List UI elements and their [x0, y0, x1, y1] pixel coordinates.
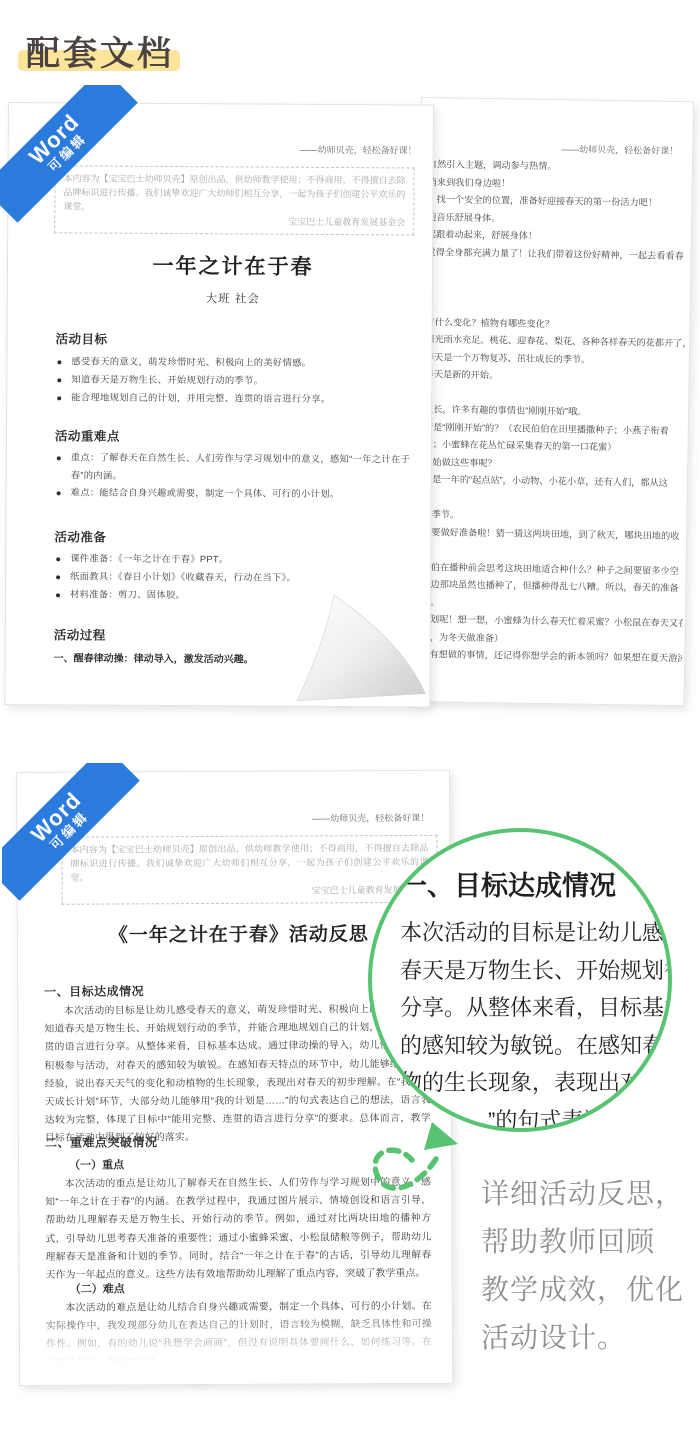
bullet-item: 课件准备：《一年之计在于春》PPT。	[54, 550, 410, 570]
bullet-text: 材料准备：剪刀、固体胶。	[70, 586, 185, 604]
page-title-text: 配套文档	[26, 26, 174, 75]
magnified-text-line: 春天是万物生长、开始规划行动的季	[400, 952, 672, 990]
bullet-dot	[56, 575, 60, 579]
doc1-page2-lines: 自然引入主题，调动参与热情。悄来到我们身边啦！，找一个安全的位置，准备好迎接春天…	[420, 156, 690, 668]
page-curl	[293, 589, 434, 707]
caption-line: 详细活动反思，	[481, 1170, 684, 1218]
copyright-disclaimer: 本内容为【宝宝巴士幼师贝壳】原创出品，供幼师教学使用；不得商用，不得擅自去除品牌…	[54, 165, 414, 235]
doc-text-line: 也有想做的事情，还记得你想学会的新本领吗？如果想在夏天游泳游得更好，	[420, 646, 682, 668]
doc1-title: 一年之计在于春	[48, 249, 418, 281]
bullet-dot	[56, 593, 60, 597]
bullet-dot	[57, 378, 61, 382]
slogan-text: ——幼师贝壳，轻松备好课！	[312, 811, 429, 825]
caption-line: 教学成效，优化	[481, 1266, 684, 1314]
doc1-process-heading: 活动过程	[54, 625, 106, 643]
doc2-difficulty-paragraph: 本次活动的难点是让幼儿结合自身兴趣或需要，制定一个具体、可行的小计划。在实际操作…	[46, 1298, 432, 1373]
doc2-keypoint-subheading: （一）重点	[45, 1156, 124, 1172]
arrow-icon	[366, 1114, 491, 1222]
bullet-item: 纸面教具：《春日小计划》《收藏春天，行动在当下》。	[54, 568, 410, 588]
doc1-goals-list: 感受春天的意义，萌发珍惜时光、积极向上的美好情感。 知道春天是万物生长、开始规划…	[55, 353, 411, 409]
page-canvas: 配套文档 ——幼师贝壳，轻松备好课！ 自然引入主题，调动参与热情。悄来到我们身边…	[0, 0, 700, 1438]
magnifier-circle: 一、目标达成情况 本次活动的目标是让幼儿感受春春天是万物生长、开始规划行动的季分…	[368, 828, 672, 1132]
bullet-text: 课件准备：《一年之计在于春》PPT。	[70, 550, 228, 568]
disclaimer-signature: 宝宝巴士儿童教育发展基金会	[71, 883, 429, 899]
caption-line: 帮助教师回顾	[481, 1218, 684, 1266]
doc1-subtitle: 大班 社会	[48, 289, 418, 307]
doc2-section1-heading: 一、目标达成情况	[44, 982, 144, 1000]
bullet-item: 能合理地规划自己的计划，并用完整、连贯的语言进行分享。	[55, 389, 411, 409]
magnified-text-line: 分享。从整体来看，目标基本达成。	[400, 989, 672, 1027]
magnified-text-line: 物的生长现象，表现出对春天的初	[400, 1064, 672, 1102]
bullet-item: 难点：能结合自身兴趣或需要，制定一个具体、可行的小计划。	[55, 484, 411, 504]
bullet-text: 感受春天的意义，萌发珍惜时光、积极向上的美好情感。	[71, 353, 311, 372]
bullet-text: 能合理地规划自己的计划，并用完整、连贯的语言进行分享。	[71, 389, 330, 408]
bullet-item: 重点：了解春天在自然生长、人们劳作与学习规划中的意义，感知“一年之计在于春”的内…	[55, 449, 411, 486]
disclaimer-signature: 宝宝巴士儿童教育发展基金会	[63, 213, 405, 229]
bullet-item: 知道春天是万物生长、开始规划行动的季节。	[55, 371, 411, 391]
document1-page2: ——幼师贝壳，轻松备好课！ 自然引入主题，调动参与热情。悄来到我们身边啦！，找一…	[411, 97, 693, 706]
bullet-dot	[57, 396, 61, 400]
bullet-dot	[57, 491, 61, 495]
bullet-text: 重点：了解春天在自然生长、人们劳作与学习规划中的意义，感知“一年之计在于春”的内…	[71, 449, 411, 486]
doc1-keypoints-heading: 活动重难点	[55, 426, 120, 444]
magnified-text-line: 本次活动的目标是让幼儿感受春	[400, 914, 672, 952]
magnifier-heading: 一、目标达成情况	[400, 864, 616, 903]
document1-page1: ——幼师贝壳，轻松备好课！ 本内容为【宝宝巴士幼师贝壳】原创出品，供幼师教学使用…	[4, 102, 434, 708]
bullet-item: 感受春天的意义，萌发珍惜时光、积极向上的美好情感。	[55, 353, 411, 373]
page-title: 配套文档	[26, 26, 174, 75]
disclaimer-body: 本内容为【宝宝巴士幼师贝壳】原创出品，供幼师教学使用；不得商用，不得擅自去除品牌…	[63, 171, 405, 215]
slogan-text: ——幼师贝壳，轻松备好课！	[300, 143, 417, 157]
doc2-difficulty-subheading: （二）难点	[46, 1280, 125, 1296]
bullet-dot	[57, 456, 61, 460]
marketing-caption: 详细活动反思，帮助教师回顾教学成效，优化活动设计。	[481, 1170, 684, 1362]
doc1-process-first-step: 一、醒春律动操：律动导入，激发活动兴趣。	[54, 649, 254, 665]
doc1-keypoints-list: 重点：了解春天在自然生长、人们劳作与学习规划中的意义，感知“一年之计在于春”的内…	[55, 449, 411, 504]
bullet-dot	[57, 360, 61, 364]
magnifier-text-lines: 本次活动的目标是让幼儿感受春春天是万物生长、开始规划行动的季分享。从整体来看，目…	[400, 914, 672, 1132]
document2-page1: ——幼师贝壳，轻松备好课！ 本内容为【宝宝巴士幼师贝壳】原创出品，供幼师教学使用…	[16, 770, 453, 1386]
bullet-text: 知道春天是万物生长、开始规划行动的季节。	[71, 371, 263, 390]
doc2-section2-heading: 二、重难点突破情况	[45, 1133, 158, 1151]
slogan-text: ——幼师贝壳，轻松备好课！	[561, 142, 678, 157]
copyright-disclaimer: 本内容为【宝宝巴士幼师贝壳】原创出品，供幼师教学使用；不得商用，不得擅自去除品牌…	[61, 835, 437, 905]
doc1-goals-heading: 活动目标	[56, 329, 108, 347]
disclaimer-body: 本内容为【宝宝巴士幼师贝壳】原创出品，供幼师教学使用；不得商用，不得擅自去除品牌…	[70, 841, 428, 885]
doc1-prep-heading: 活动准备	[54, 527, 106, 545]
bullet-text: 纸面教具：《春日小计划》《收藏春天，行动在当下》。	[70, 568, 296, 587]
bullet-text: 难点：能结合自身兴趣或需要，制定一个具体、可行的小计划。	[71, 484, 340, 503]
bullet-dot	[56, 557, 60, 561]
caption-line: 活动设计。	[481, 1314, 684, 1362]
magnified-text-line: 的感知较为敏锐。在感知春天特点的	[400, 1027, 672, 1065]
